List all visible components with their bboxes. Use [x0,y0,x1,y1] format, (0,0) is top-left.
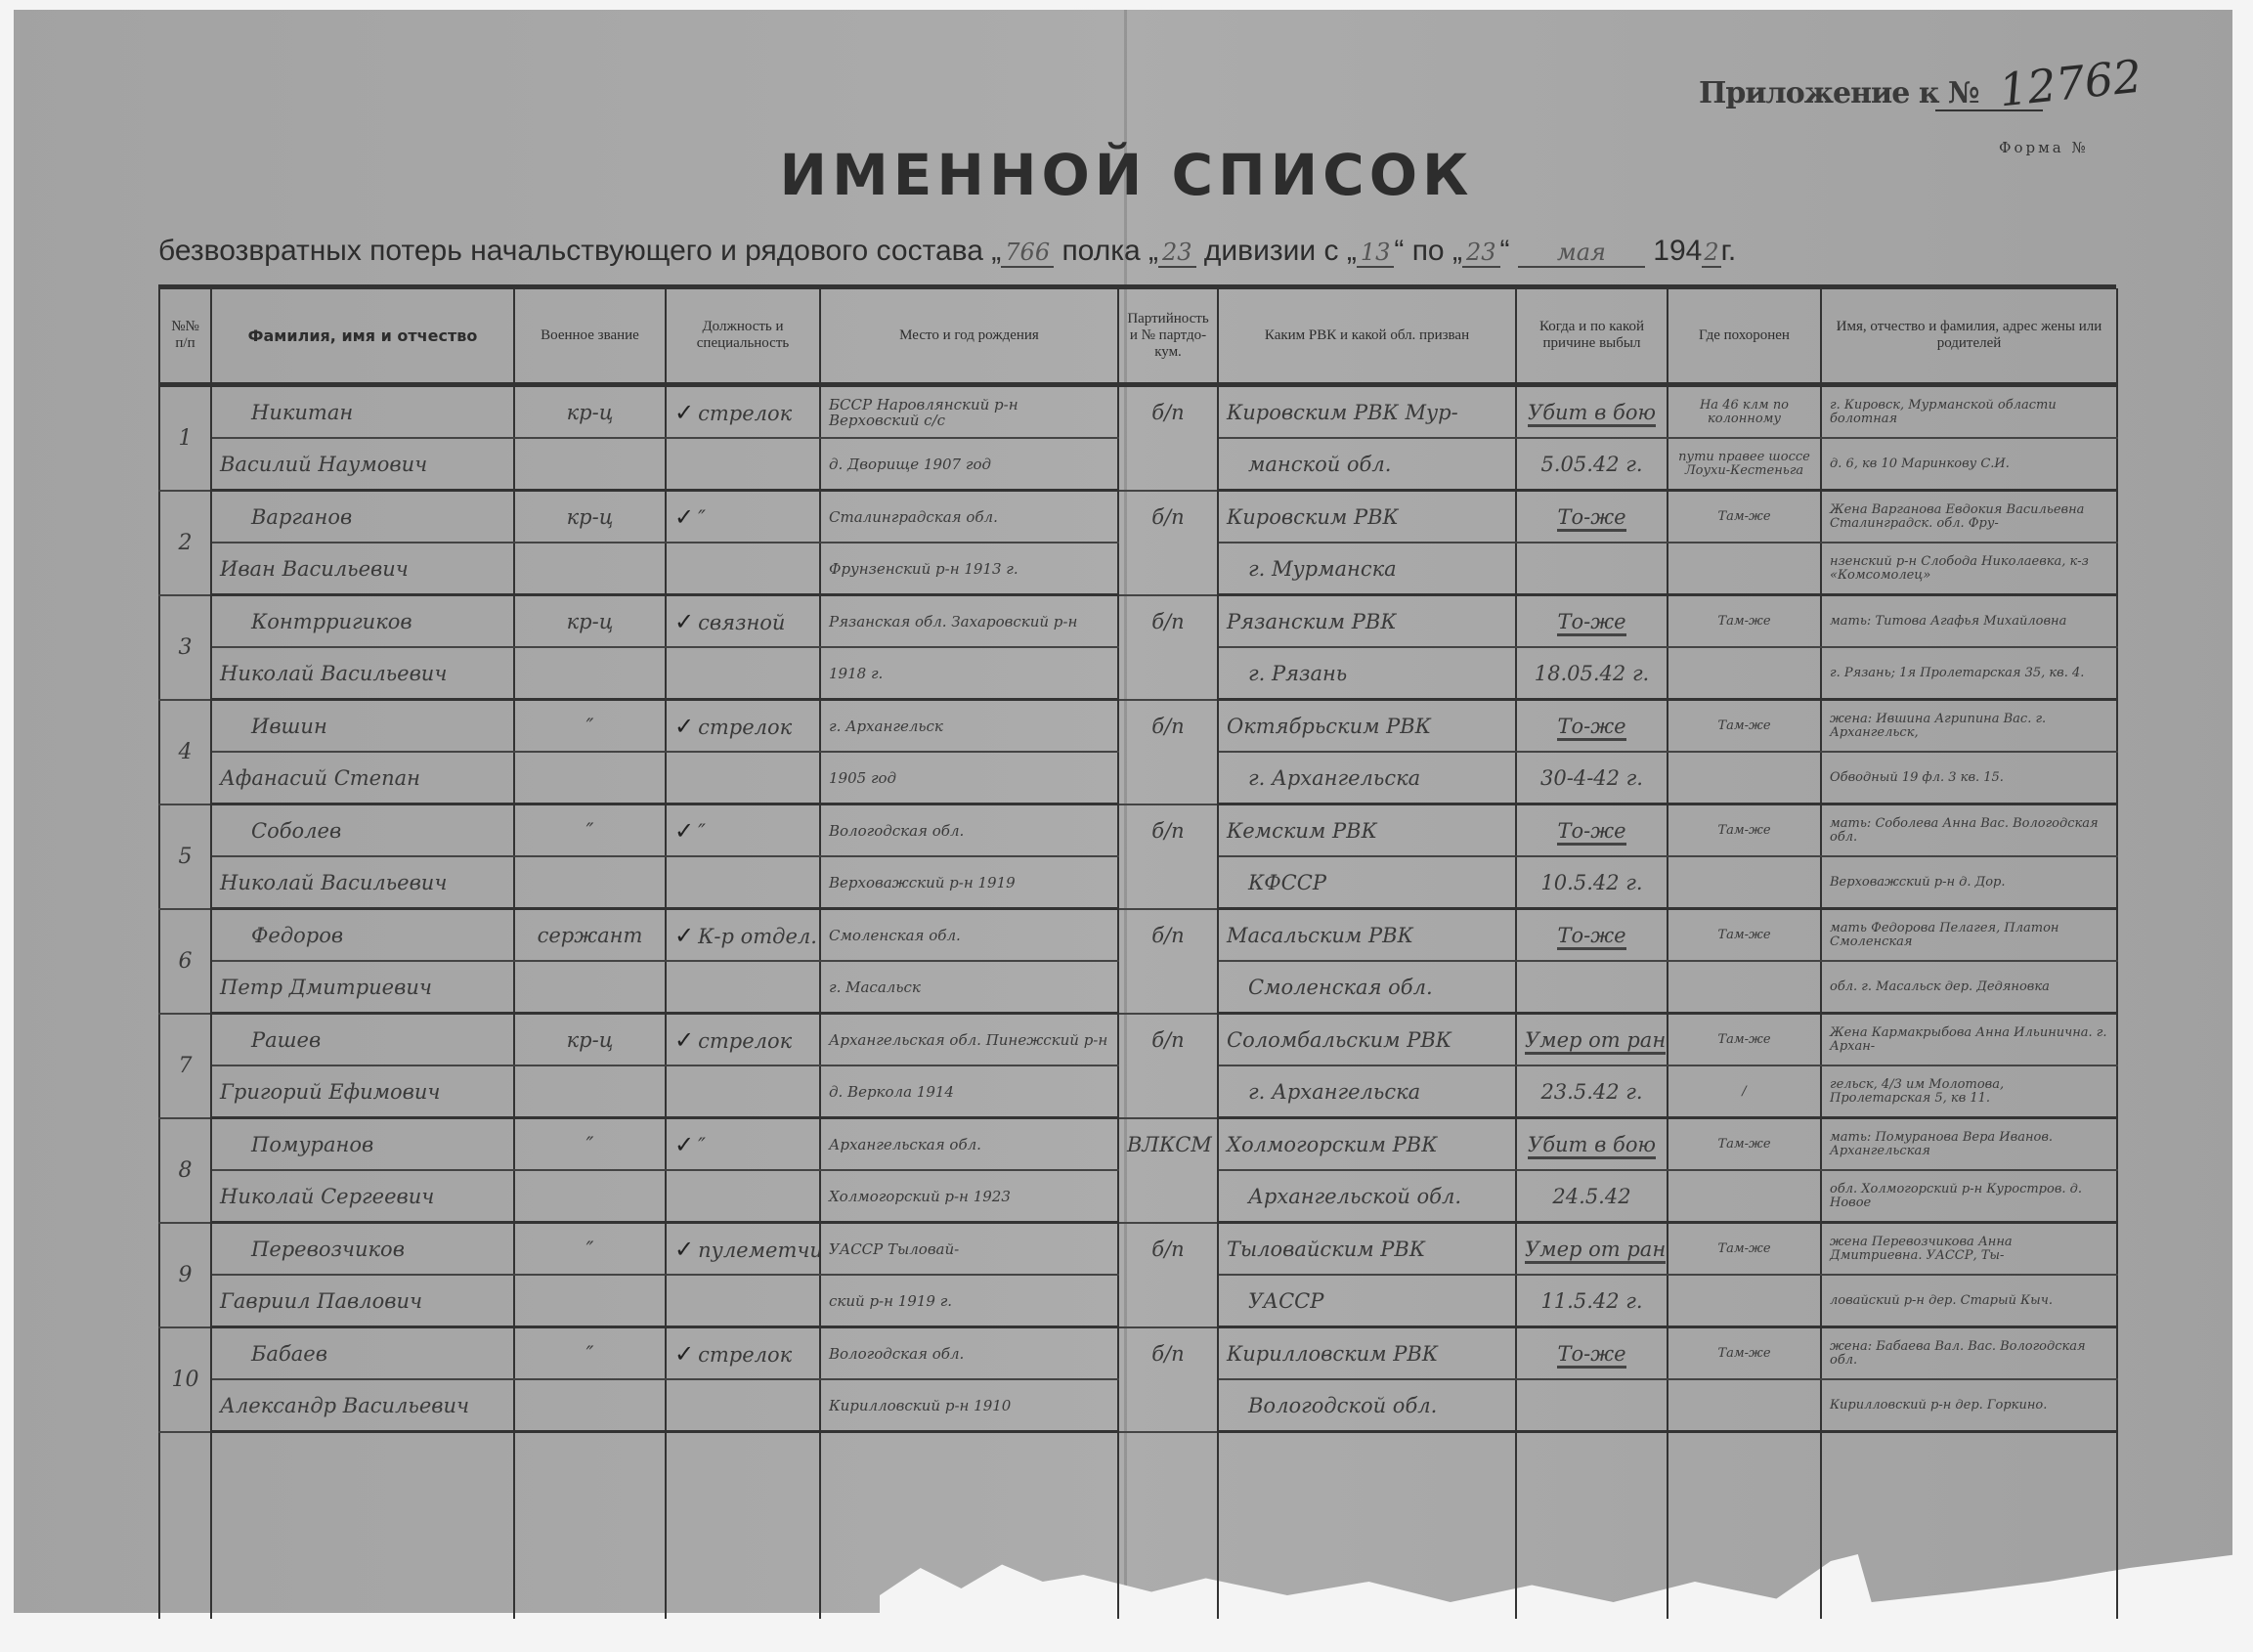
check-mark-icon: ✓ [674,1236,694,1263]
rvk-line-1: Масальским РВК [1218,909,1516,962]
buried-line-2 [1668,856,1821,909]
post-blank [666,1170,820,1223]
buried-line-1: Там-же [1668,700,1821,753]
rank-blank [514,647,666,700]
when-line-1: То-же [1516,804,1668,857]
when-line-1: Убит в бою [1516,385,1668,439]
when-text: То-же [1557,610,1625,636]
rank: кр-ц [514,595,666,648]
surname: Соболев [211,804,514,857]
post-text: стрелок [698,1029,792,1053]
birthplace-line-1: Вологодская обл. [820,804,1118,857]
post-text: связной [698,611,785,634]
relatives-line-1: мать: Соболева Анна Вас. Вологодская обл… [1821,804,2117,857]
buried-line-2 [1668,647,1821,700]
surname: Помуранов [211,1118,514,1171]
check-mark-icon: ✓ [674,713,694,740]
row-number: 7 [159,1014,211,1118]
when-text: То-же [1557,924,1625,950]
check-mark-icon: ✓ [674,608,694,635]
page-title: ИМЕННОЙ СПИСОК [0,142,2253,208]
when-text: То-же [1557,505,1625,532]
when-line-2: 11.5.42 г. [1516,1275,1668,1327]
surname: Бабаев [211,1327,514,1380]
post: ✓″ [666,804,820,857]
table-row: 4 Ившин ″ ✓стрелок г. Архангельск б/п Ок… [159,700,2117,753]
empty-cell [514,1432,666,1620]
relatives-line-2: обл. г. Масальск дер. Дедяновка [1821,961,2117,1014]
when-text: То-же [1557,819,1625,846]
empty-cell [666,1432,820,1620]
birthplace-line-1: Архангельская обл. Пинежский р-н [820,1014,1118,1066]
birthplace-line-1: Вологодская обл. [820,1327,1118,1380]
surname: Рашев [211,1014,514,1066]
when-text: Убит в бою [1528,401,1656,427]
post-blank [666,856,820,909]
birthplace-line-2: ский р-н 1919 г. [820,1275,1118,1327]
when-line-1: То-же [1516,595,1668,648]
rvk-line-2: УАССР [1218,1275,1516,1327]
relatives-line-2: ловайский р-н дер. Старый Кыч. [1821,1275,2117,1327]
surname: Ившин [211,700,514,753]
relatives-line-2: Верховажский р-н д. Дор. [1821,856,2117,909]
relatives-line-2: д. 6, кв 10 Маринкову С.И. [1821,438,2117,491]
surname: Варганов [211,491,514,543]
year-digit: 2 [1702,239,1720,268]
buried-line-2 [1668,1170,1821,1223]
birthplace-line-2: д. Веркола 1914 [820,1065,1118,1118]
post-text: стрелок [698,1343,792,1367]
when-line-2: 30-4-42 г. [1516,752,1668,804]
rvk-line-2: г. Архангельска [1218,1065,1516,1118]
row-number: 2 [159,491,211,595]
annex-underline [1935,109,2043,111]
rvk-line-1: Октябрьским РВК [1218,700,1516,753]
rvk-line-2: манской обл. [1218,438,1516,491]
when-line-2 [1516,543,1668,595]
post: ✓″ [666,1118,820,1171]
party: б/п [1118,804,1218,909]
given-names: Николай Васильевич [211,647,514,700]
post: ✓стрелок [666,1327,820,1380]
empty-cell [1821,1432,2117,1620]
check-mark-icon: ✓ [674,922,694,949]
empty-cell [1218,1432,1516,1620]
division-label: дивизии с [1204,235,1339,267]
when-line-1: То-же [1516,491,1668,543]
rank: сержант [514,909,666,962]
col-header-relatives: Имя, отчество и фамилия, адрес жены или … [1821,288,2117,385]
when-line-2: 18.05.42 г. [1516,647,1668,700]
buried-line-2 [1668,1379,1821,1432]
buried-line-1: На 46 клм по колонному [1668,385,1821,439]
post-text: ″ [698,506,706,530]
buried-line-2: пути правее шоссе Лоухи-Кестеньга [1668,438,1821,491]
party: ВЛКСМ [1118,1118,1218,1223]
rank-blank [514,1275,666,1327]
buried-line-2 [1668,543,1821,595]
date-from: 13 [1357,239,1395,268]
empty-filler-row [159,1432,2117,1620]
col-header-rank: Военное звание [514,288,666,385]
check-mark-icon: ✓ [674,1026,694,1054]
when-line-1: То-же [1516,1327,1668,1380]
when-line-2 [1516,961,1668,1014]
birthplace-line-2: Верховажский р-н 1919 [820,856,1118,909]
table-row: 10 Бабаев ″ ✓стрелок Вологодская обл. б/… [159,1327,2117,1380]
col-header-name: Фамилия, имя и отчество [211,288,514,385]
rank: ″ [514,1327,666,1380]
party: б/п [1118,491,1218,595]
given-names: Николай Васильевич [211,856,514,909]
col-header-birthplace: Место и год рождения [820,288,1118,385]
table-row: 3 Контрригиков кр-ц ✓связной Рязанская о… [159,595,2117,648]
birthplace-line-1: Смоленская обл. [820,909,1118,962]
given-names: Иван Васильевич [211,543,514,595]
regiment-number: 766 [1001,239,1054,268]
relatives-line-1: жена: Ившина Агрипина Вас. г. Архангельс… [1821,700,2117,753]
year-prefix: 194 [1653,235,1702,267]
post-text: К-р отдел. [698,925,817,948]
check-mark-icon: ✓ [674,817,694,845]
empty-cell [820,1432,1118,1620]
rvk-line-1: Кировским РВК Мур- [1218,385,1516,439]
buried-line-1: Там-же [1668,491,1821,543]
rvk-line-1: Рязанским РВК [1218,595,1516,648]
surname: Перевозчиков [211,1223,514,1276]
subtitle: безвозвратных потерь начальствующего и р… [158,235,1736,268]
rank-blank [514,752,666,804]
rvk-line-2: Архангельской обл. [1218,1170,1516,1223]
birthplace-line-1: БССР Наровлянский р-н Верховский с/с [820,385,1118,439]
empty-cell [1668,1432,1821,1620]
rvk-line-1: Кемским РВК [1218,804,1516,857]
post: ✓связной [666,595,820,648]
regiment-label: полка [1062,235,1140,267]
check-mark-icon: ✓ [674,503,694,531]
post-text: стрелок [698,716,792,739]
when-line-2: 5.05.42 г. [1516,438,1668,491]
post: ✓пулеметчик [666,1223,820,1276]
relatives-line-1: мать: Помуранова Вера Иванов. Архангельс… [1821,1118,2117,1171]
empty-cell [159,1432,211,1620]
given-names: Николай Сергеевич [211,1170,514,1223]
post-blank [666,438,820,491]
party: б/п [1118,700,1218,804]
rank-blank [514,856,666,909]
relatives-line-1: жена: Бабаева Вал. Вас. Вологодская обл. [1821,1327,2117,1380]
when-line-1: То-же [1516,700,1668,753]
relatives-line-2: Кирилловский р-н дер. Горкино. [1821,1379,2117,1432]
buried-line-1: Там-же [1668,1327,1821,1380]
col-header-rvk: Каким РВК и какой обл. призван [1218,288,1516,385]
given-names: Василий Наумович [211,438,514,491]
col-header-buried: Где похоронен [1668,288,1821,385]
post-blank [666,752,820,804]
when-line-2: 10.5.42 г. [1516,856,1668,909]
relatives-line-1: Жена Варганова Евдокия Васильевна Сталин… [1821,491,2117,543]
rank-blank [514,961,666,1014]
empty-cell [1516,1432,1668,1620]
row-number: 3 [159,595,211,700]
table-header-row: №№ п/п Фамилия, имя и отчество Военное з… [159,288,2117,385]
row-number: 10 [159,1327,211,1432]
empty-cell [211,1432,514,1620]
post-blank [666,1065,820,1118]
when-text: То-же [1557,1342,1625,1369]
check-mark-icon: ✓ [674,399,694,426]
division-number: 23 [1158,239,1196,268]
given-names: Григорий Ефимович [211,1065,514,1118]
birthplace-line-2: Кирилловский р-н 1910 [820,1379,1118,1432]
buried-line-1: Там-же [1668,595,1821,648]
relatives-line-1: мать: Титова Агафья Михайловна [1821,595,2117,648]
when-line-2: 24.5.42 [1516,1170,1668,1223]
table-row: 7 Рашев кр-ц ✓стрелок Архангельская обл.… [159,1014,2117,1066]
given-names: Афанасий Степан [211,752,514,804]
rank-blank [514,1065,666,1118]
when-text: Умер от ран [1525,1028,1666,1055]
given-names: Петр Дмитриевич [211,961,514,1014]
party: б/п [1118,385,1218,491]
rvk-line-2: Смоленская обл. [1218,961,1516,1014]
party: б/п [1118,1014,1218,1118]
when-line-1: Умер от ран [1516,1014,1668,1066]
birthplace-line-1: УАССР Тыловай- [820,1223,1118,1276]
post-text: пулеметчик [698,1239,820,1262]
buried-line-2 [1668,1275,1821,1327]
when-line-1: То-же [1516,909,1668,962]
buried-line-1: Там-же [1668,909,1821,962]
relatives-line-2: нзенский р-н Слобода Николаевка, к-з «Ко… [1821,543,2117,595]
surname: Никитан [211,385,514,439]
post-blank [666,1379,820,1432]
given-names: Гавриил Павлович [211,1275,514,1327]
given-names: Александр Васильевич [211,1379,514,1432]
row-number: 6 [159,909,211,1014]
date-to: 23 [1462,239,1500,268]
post: ✓″ [666,491,820,543]
relatives-line-2: г. Рязань; 1я Пролетарская 35, кв. 4. [1821,647,2117,700]
col-header-when: Когда и по какой причине выбыл [1516,288,1668,385]
casualty-table: №№ п/п Фамилия, имя и отчество Военное з… [158,288,2116,1619]
when-text: Убит в бою [1528,1133,1656,1159]
table-row: 1 Никитан кр-ц ✓стрелок БССР Наровлянски… [159,385,2117,439]
rank: кр-ц [514,1014,666,1066]
post: ✓К-р отдел. [666,909,820,962]
birthplace-line-1: Рязанская обл. Захаровский р-н [820,595,1118,648]
row-number: 5 [159,804,211,909]
birthplace-line-2: 1918 г. [820,647,1118,700]
rank: ″ [514,1118,666,1171]
rank-blank [514,543,666,595]
rank: ″ [514,700,666,753]
relatives-line-1: жена Перевозчикова Анна Дмитриевна. УАСС… [1821,1223,2117,1276]
buried-line-1: Там-же [1668,1223,1821,1276]
check-mark-icon: ✓ [674,1340,694,1368]
rvk-line-2: г. Мурманска [1218,543,1516,595]
row-number: 8 [159,1118,211,1223]
relatives-line-2: Обводный 19 фл. 3 кв. 15. [1821,752,2117,804]
birthplace-line-1: Архангельская обл. [820,1118,1118,1171]
col-header-post: Должность и специальность [666,288,820,385]
buried-line-2 [1668,961,1821,1014]
when-text: Умер от ран [1525,1238,1666,1264]
buried-line-1: Там-же [1668,804,1821,857]
rvk-line-2: Вологодской обл. [1218,1379,1516,1432]
row-number: 9 [159,1223,211,1327]
when-line-2 [1516,1379,1668,1432]
rvk-line-1: Холмогорским РВК [1218,1118,1516,1171]
rvk-line-1: Соломбальским РВК [1218,1014,1516,1066]
post-blank [666,647,820,700]
month: мая [1518,239,1645,268]
relatives-line-1: мать Федорова Пелагея, Платон Смоленская [1821,909,2117,962]
buried-line-2 [1668,752,1821,804]
party: б/п [1118,1327,1218,1432]
rank: ″ [514,1223,666,1276]
rank-blank [514,1379,666,1432]
buried-line-1: Там-же [1668,1118,1821,1171]
year-suffix: г. [1721,235,1737,267]
surname: Федоров [211,909,514,962]
rank-blank [514,1170,666,1223]
table-row: 5 Соболев ″ ✓″ Вологодская обл. б/п Кемс… [159,804,2117,857]
table-row: 9 Перевозчиков ″ ✓пулеметчик УАССР Тылов… [159,1223,2117,1276]
date-to-label: по [1412,235,1445,267]
when-line-2: 23.5.42 г. [1516,1065,1668,1118]
buried-line-1: Там-же [1668,1014,1821,1066]
post-text: ″ [698,1134,706,1157]
rvk-line-2: г. Рязань [1218,647,1516,700]
col-header-number: №№ п/п [159,288,211,385]
annex-label: Приложение к № [1699,76,1979,110]
post-text: стрелок [698,402,792,425]
birthplace-line-1: г. Архангельск [820,700,1118,753]
rvk-line-2: КФССР [1218,856,1516,909]
birthplace-line-2: Фрунзенский р-н 1913 г. [820,543,1118,595]
relatives-line-2: гельск, 4/3 им Молотова, Пролетарская 5,… [1821,1065,2117,1118]
subtitle-prefix: безвозвратных потерь начальствующего и р… [158,235,983,267]
table-row: 8 Помуранов ″ ✓″ Архангельская обл. ВЛКС… [159,1118,2117,1171]
buried-line-2: / [1668,1065,1821,1118]
rvk-line-1: Кирилловским РВК [1218,1327,1516,1380]
table-row: 2 Варганов кр-ц ✓″ Сталинградская обл. б… [159,491,2117,543]
birthplace-line-1: Сталинградская обл. [820,491,1118,543]
rvk-line-2: г. Архангельска [1218,752,1516,804]
post-text: ″ [698,820,706,844]
rank: кр-ц [514,385,666,439]
row-number: 4 [159,700,211,804]
relatives-line-1: Жена Кармакрыбова Анна Ильинична. г. Арх… [1821,1014,2117,1066]
check-mark-icon: ✓ [674,1131,694,1158]
when-line-1: Убит в бою [1516,1118,1668,1171]
post: ✓стрелок [666,700,820,753]
relatives-line-1: г. Кировск, Мурманской области болотная [1821,385,2117,439]
relatives-line-2: обл. Холмогорский р-н Куростров. д. Ново… [1821,1170,2117,1223]
birthplace-line-2: д. Дворище 1907 год [820,438,1118,491]
party: б/п [1118,1223,1218,1327]
rank: кр-ц [514,491,666,543]
when-line-1: Умер от ран [1516,1223,1668,1276]
post: ✓стрелок [666,385,820,439]
post-blank [666,543,820,595]
col-header-party: Партийность и № партдо-кум. [1118,288,1218,385]
post: ✓стрелок [666,1014,820,1066]
row-number: 1 [159,385,211,491]
post-blank [666,1275,820,1327]
rvk-line-1: Кировским РВК [1218,491,1516,543]
post-blank [666,961,820,1014]
rvk-line-1: Тыловайским РВК [1218,1223,1516,1276]
empty-cell [1118,1432,1218,1620]
birthplace-line-2: 1905 год [820,752,1118,804]
rank-blank [514,438,666,491]
surname: Контрригиков [211,595,514,648]
table-row: 6 Федоров сержант ✓К-р отдел. Смоленская… [159,909,2117,962]
party: б/п [1118,909,1218,1014]
when-text: То-же [1557,715,1625,741]
birthplace-line-2: Холмогорский р-н 1923 [820,1170,1118,1223]
rank: ″ [514,804,666,857]
party: б/п [1118,595,1218,700]
birthplace-line-2: г. Масальск [820,961,1118,1014]
